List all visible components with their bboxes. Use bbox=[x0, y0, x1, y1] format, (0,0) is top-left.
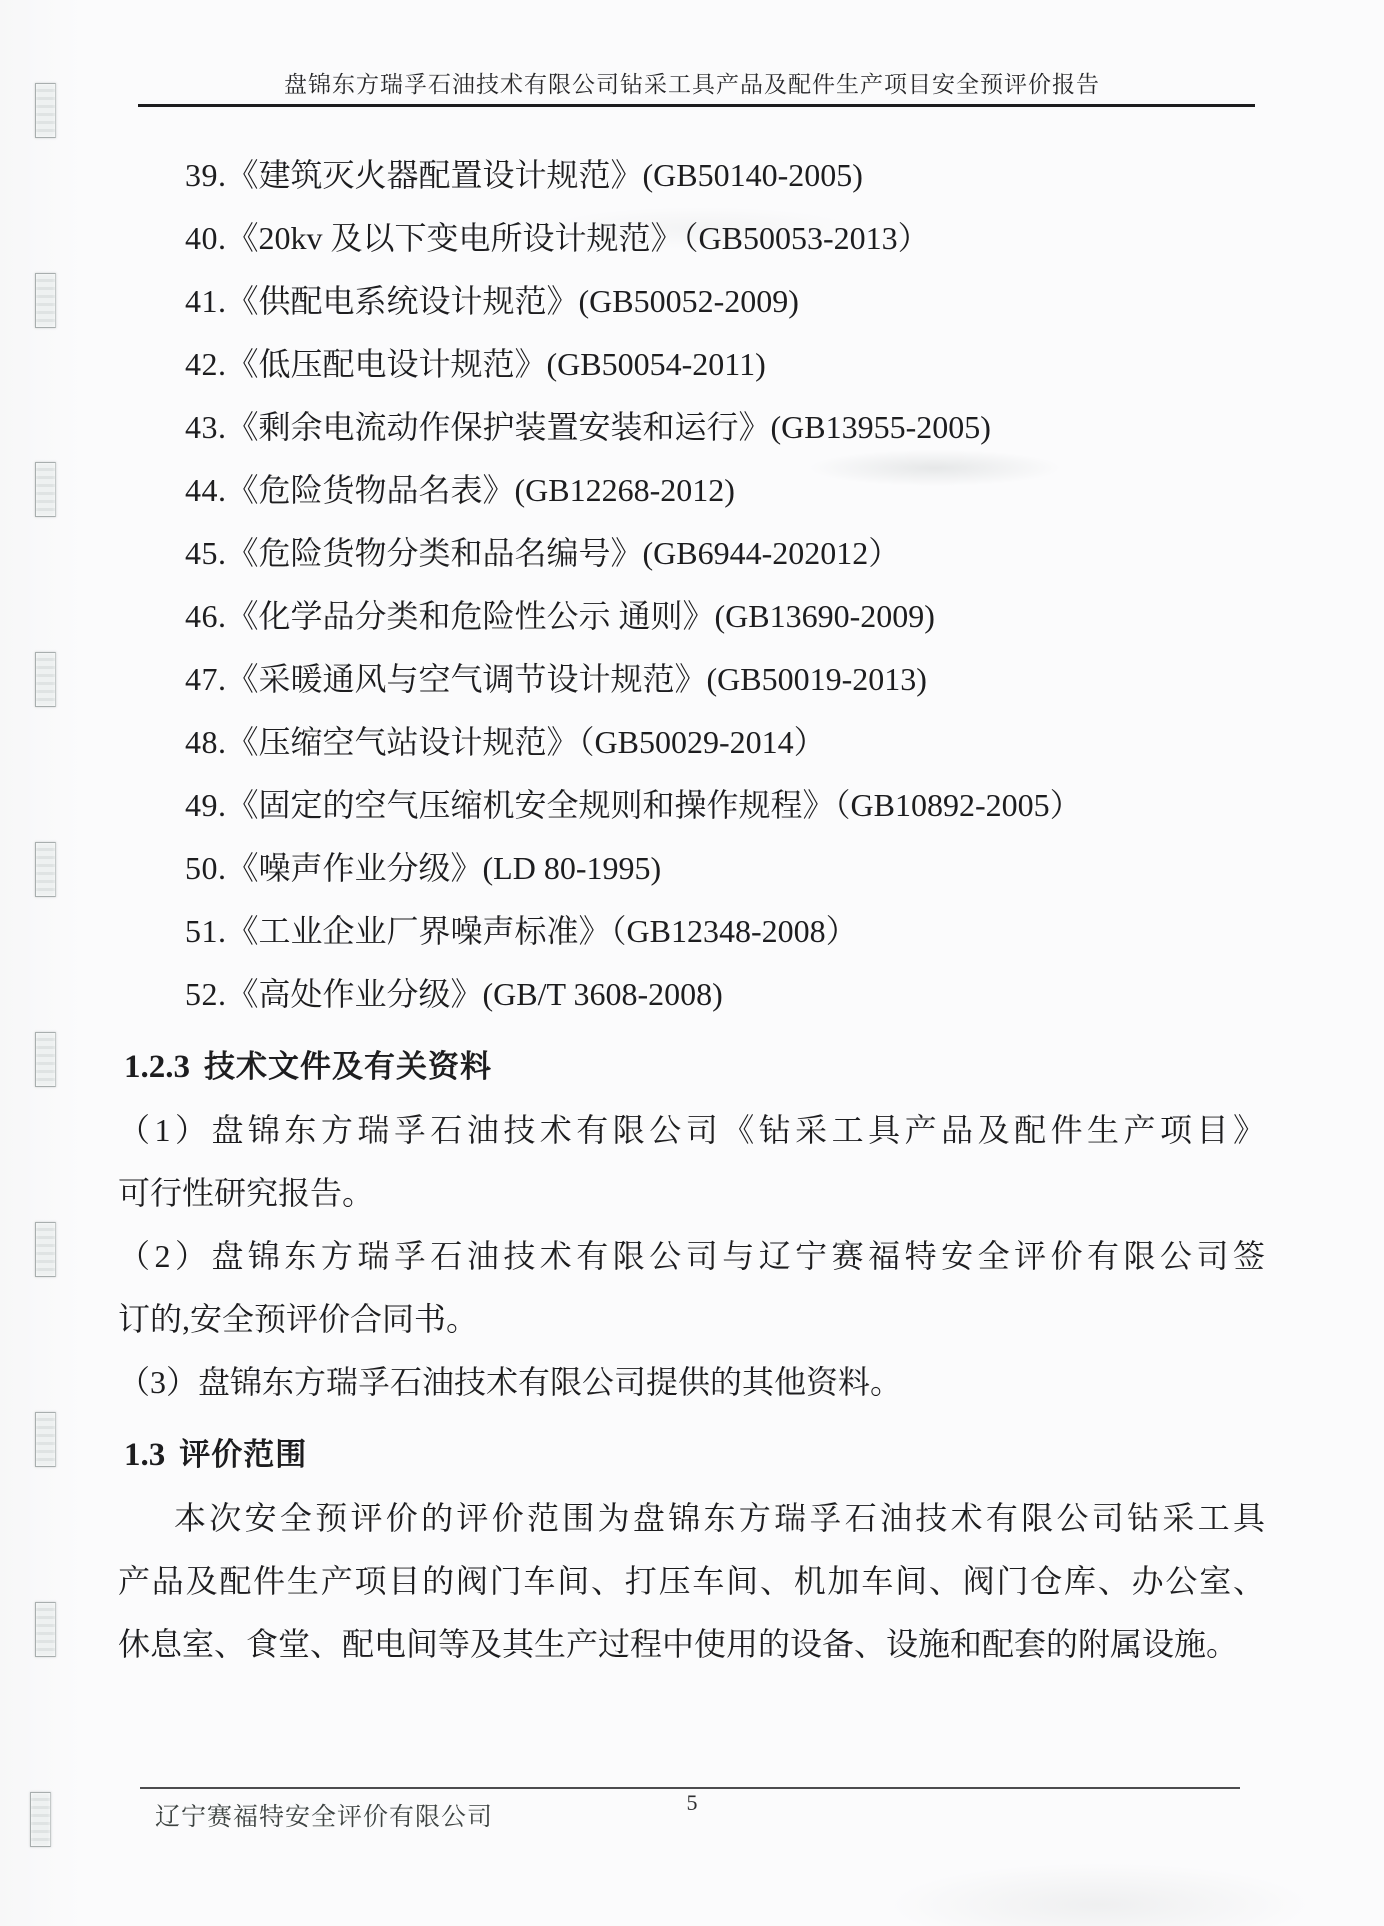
page-header-title: 盘锦东方瑞孚石油技术有限公司钻采工具产品及配件生产项目安全预评价报告 bbox=[0, 66, 1384, 99]
list-item-number: 43. bbox=[185, 409, 227, 445]
paragraph-line: 产品及配件生产项目的阀门车间、打压车间、机加车间、阀门仓库、办公室、 bbox=[118, 1550, 1265, 1613]
paragraph-line: （2）盘锦东方瑞孚石油技术有限公司与辽宁赛福特安全评价有限公司签 bbox=[118, 1225, 1265, 1288]
list-item-number: 48. bbox=[185, 724, 227, 760]
list-item: 52.《高处作业分级》(GB/T 3608-2008) bbox=[118, 963, 1265, 1026]
binder-hole-mark bbox=[35, 1032, 56, 1087]
section-heading-1-3: 1.3评价范围 bbox=[118, 1423, 1265, 1487]
list-item-text: 《采暖通风与空气调节设计规范》(GB50019-2013) bbox=[227, 661, 927, 697]
list-item-text: 《工业企业厂界噪声标准》（GB12348-2008） bbox=[227, 913, 858, 949]
list-item: 47.《采暖通风与空气调节设计规范》(GB50019-2013) bbox=[118, 648, 1265, 711]
list-item-number: 41. bbox=[185, 283, 227, 319]
document-body: 39.《建筑灭火器配置设计规范》(GB50140-2005) 40.《20kv … bbox=[118, 144, 1265, 1676]
list-item: 49.《固定的空气压缩机安全规则和操作规程》（GB10892-2005） bbox=[118, 774, 1265, 837]
list-item: 46.《化学品分类和危险性公示 通则》(GB13690-2009) bbox=[118, 585, 1265, 648]
footer-rule-line bbox=[140, 1787, 1240, 1789]
list-item: 48.《压缩空气站设计规范》（GB50029-2014） bbox=[118, 711, 1265, 774]
list-item: 50.《噪声作业分级》(LD 80-1995) bbox=[118, 837, 1265, 900]
list-item-text: 《低压配电设计规范》(GB50054-2011) bbox=[227, 346, 766, 382]
list-item-number: 44. bbox=[185, 472, 227, 508]
list-item: 41.《供配电系统设计规范》(GB50052-2009) bbox=[118, 270, 1265, 333]
list-item: 40.《20kv 及以下变电所设计规范》（GB50053-2013） bbox=[118, 207, 1265, 270]
paragraph-line: 订的,安全预评价合同书。 bbox=[118, 1288, 1265, 1351]
header-rule-line bbox=[138, 104, 1255, 107]
section-title: 评价范围 bbox=[179, 1437, 307, 1472]
list-item-text: 《供配电系统设计规范》(GB50052-2009) bbox=[227, 283, 799, 319]
footer-page-number: 5 bbox=[0, 1790, 1384, 1816]
list-item: 43.《剩余电流动作保护装置安装和运行》(GB13955-2005) bbox=[118, 396, 1265, 459]
binder-hole-mark bbox=[35, 842, 56, 897]
list-item: 45.《危险货物分类和品名编号》(GB6944-202012） bbox=[118, 522, 1265, 585]
list-item: 42.《低压配电设计规范》(GB50054-2011) bbox=[118, 333, 1265, 396]
list-item-number: 45. bbox=[185, 535, 227, 571]
list-item-text: 《固定的空气压缩机安全规则和操作规程》（GB10892-2005） bbox=[227, 787, 1082, 823]
paragraph-line: （1）盘锦东方瑞孚石油技术有限公司《钻采工具产品及配件生产项目》 bbox=[118, 1099, 1265, 1162]
list-item-text: 《危险货物分类和品名编号》(GB6944-202012） bbox=[227, 535, 901, 571]
list-item-number: 40. bbox=[185, 220, 227, 256]
binder-hole-mark bbox=[35, 1602, 56, 1657]
list-item-text: 《化学品分类和危险性公示 通则》(GB13690-2009) bbox=[227, 598, 935, 634]
section-number: 1.2.3 bbox=[124, 1049, 190, 1085]
list-item: 39.《建筑灭火器配置设计规范》(GB50140-2005) bbox=[118, 144, 1265, 207]
list-item: 44.《危险货物品名表》(GB12268-2012) bbox=[118, 459, 1265, 522]
list-item-text: 《危险货物品名表》(GB12268-2012) bbox=[227, 472, 735, 508]
list-item-text: 《高处作业分级》(GB/T 3608-2008) bbox=[227, 976, 723, 1012]
list-item-number: 51. bbox=[185, 913, 227, 949]
list-item-number: 42. bbox=[185, 346, 227, 382]
list-item-text: 《噪声作业分级》(LD 80-1995) bbox=[227, 850, 662, 886]
list-item-text: 《剩余电流动作保护装置安装和运行》(GB13955-2005) bbox=[227, 409, 991, 445]
scanned-document-page: 盘锦东方瑞孚石油技术有限公司钻采工具产品及配件生产项目安全预评价报告 39.《建… bbox=[0, 0, 1384, 1926]
paragraph-line: 可行性研究报告。 bbox=[118, 1162, 1265, 1225]
binder-hole-mark bbox=[35, 1222, 56, 1277]
binder-hole-mark bbox=[35, 1412, 56, 1467]
binder-hole-mark bbox=[35, 462, 56, 517]
section-number: 1.3 bbox=[124, 1437, 165, 1473]
list-item-number: 49. bbox=[185, 787, 227, 823]
list-item-text: 《压缩空气站设计规范》（GB50029-2014） bbox=[227, 724, 826, 760]
section-title: 技术文件及有关资料 bbox=[204, 1049, 492, 1084]
paragraph-line: （3）盘锦东方瑞孚石油技术有限公司提供的其他资料。 bbox=[118, 1351, 1265, 1414]
binder-hole-mark bbox=[35, 652, 56, 707]
list-item-text: 《20kv 及以下变电所设计规范》（GB50053-2013） bbox=[227, 220, 930, 256]
list-item-number: 47. bbox=[185, 661, 227, 697]
list-item-number: 52. bbox=[185, 976, 227, 1012]
list-item-number: 46. bbox=[185, 598, 227, 634]
binder-hole-mark bbox=[35, 273, 56, 328]
paragraph-line: 休息室、食堂、配电间等及其生产过程中使用的设备、设施和配套的附属设施。 bbox=[118, 1613, 1265, 1676]
list-item: 51.《工业企业厂界噪声标准》（GB12348-2008） bbox=[118, 900, 1265, 963]
list-item-text: 《建筑灭火器配置设计规范》(GB50140-2005) bbox=[227, 157, 863, 193]
section-heading-1-2-3: 1.2.3技术文件及有关资料 bbox=[118, 1035, 1265, 1099]
paragraph-line: 本次安全预评价的评价范围为盘锦东方瑞孚石油技术有限公司钻采工具 bbox=[118, 1487, 1265, 1550]
list-item-number: 50. bbox=[185, 850, 227, 886]
list-item-number: 39. bbox=[185, 157, 227, 193]
